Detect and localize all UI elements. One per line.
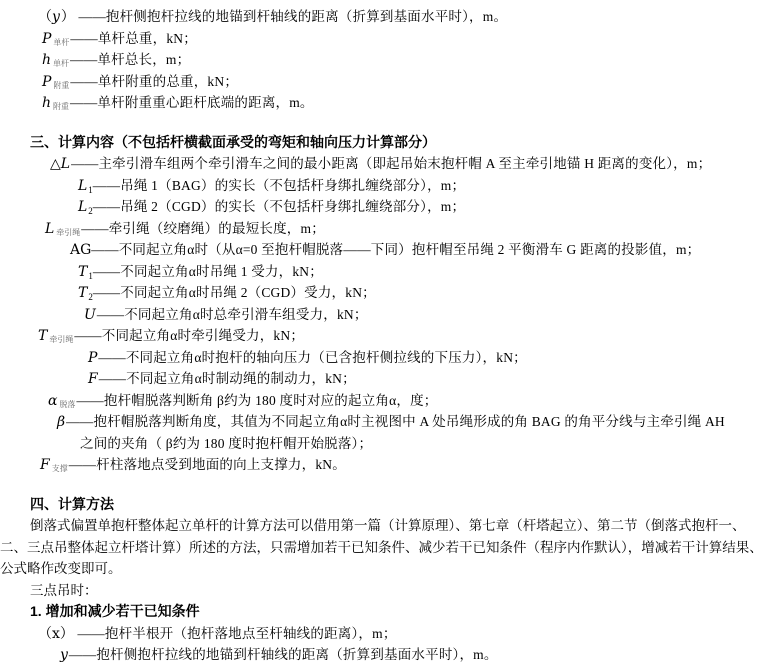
symbol-post: ）: [61, 9, 75, 25]
symbol-var: L: [45, 221, 55, 237]
symbol-description: ——抱杆帽脱落判断角 β约为 180 度时对应的起立角α，度；: [76, 393, 437, 408]
symbol-subscript: 支撑: [51, 464, 69, 473]
section-heading-3: 三、计算内容（不包括杆横截面承受的弯矩和轴向压力计算部分）: [0, 132, 782, 154]
symbol-var: L: [78, 178, 88, 194]
symbol-description: ——主牵引滑车组两个牵引滑车之间的最小距离（即起吊始末抱杆帽 A 至主牵引地锚 …: [71, 156, 711, 171]
symbol-var: L: [78, 199, 88, 215]
symbol-description: ——抱杆侧抱杆拉线的地锚到杆轴线的距离（折算到基面水平时），m。: [69, 647, 498, 662]
symbol-var: P: [88, 350, 98, 366]
symbol-description: ——单杆总重，kN；: [70, 31, 197, 46]
symbol-subscript: 附重: [52, 81, 70, 90]
symbol-pre: （: [38, 9, 52, 25]
symbol-description: ——单杆附重的总重，kN；: [70, 74, 238, 89]
symbol-description: ——吊绳 1（BAG）的实长（不包括杆身绑扎缠绕部分），m；: [93, 178, 465, 193]
symbol-definition-line: AG——不同起立角α时（从α=0 至抱杆帽脱落——下同）抱杆帽至吊绳 2 平衡滑…: [0, 239, 782, 261]
paragraph-line: 倒落式偏置单抱杆整体起立单杆的计算方法可以借用第一篇（计算原理）、第七章（杆塔起…: [0, 515, 782, 537]
symbol-var: h: [42, 52, 52, 68]
symbol-description: ——不同起立角α时牵引绳受力，kN；: [74, 328, 304, 343]
symbol-subscript: 单杆: [52, 59, 70, 68]
symbol-description: ——抱杆半根开（抱杆落地点至杆轴线的距离），m；: [74, 626, 397, 641]
symbol-var: y: [60, 647, 69, 663]
symbol-definition-line: h单杆——单杆总长，m；: [0, 49, 782, 71]
document-page: （y） ——抱杆侧抱杆拉线的地锚到杆轴线的距离（折算到基面水平时），m。 P单杆…: [0, 0, 782, 665]
symbol-description: 之间的夹角（ β约为 180 度时抱杆帽开始脱落）；: [80, 436, 372, 451]
symbol-definition-line: T1——不同起立角α时吊绳 1 受力，kN；: [0, 261, 782, 283]
symbol-description: ——单杆总长，m；: [70, 52, 190, 67]
symbol-definition-line: P——不同起立角α时抱杆的轴向压力（已含抱杆侧拉线的下压力），kN；: [0, 347, 782, 369]
symbol-description: ——杆柱落地点受到地面的向上支撑力，kN。: [69, 457, 346, 472]
symbol-definition-line: β——抱杆帽脱落判断角度，其值为不同起立角α时主视图中 A 处吊绳形成的角 BA…: [0, 411, 782, 433]
symbol-subscript: 单杆: [52, 38, 70, 47]
symbol-var: h: [42, 95, 52, 111]
symbol-var: α: [48, 393, 58, 409]
symbol-var: P: [42, 31, 52, 47]
symbol-var: F: [40, 457, 51, 473]
symbol-var: AG: [70, 242, 91, 258]
symbol-description: ——抱杆侧抱杆拉线的地锚到杆轴线的距离（折算到基面水平时），m。: [75, 9, 507, 24]
symbol-var: T: [78, 264, 88, 280]
subsection-heading-1: 1. 增加和减少若干已知条件: [0, 601, 782, 623]
symbol-definition-line: （x） ——抱杆半根开（抱杆落地点至杆轴线的距离），m；: [0, 623, 782, 645]
symbol-description: ——不同起立角α时（从α=0 至抱杆帽脱落——下同）抱杆帽至吊绳 2 平衡滑车 …: [91, 242, 700, 257]
symbol-definition-line: L2——吊绳 2（CGD）的实长（不包括杆身绑扎缠绕部分），m；: [0, 196, 782, 218]
symbol-description: ——单杆附重重心距杆底端的距离，m。: [70, 95, 314, 110]
symbol-var: P: [42, 74, 52, 90]
symbol-description: ——不同起立角α时抱杆的轴向压力（已含抱杆侧拉线的下压力），kN；: [98, 350, 526, 365]
section-heading-4: 四、计算方法: [0, 494, 782, 516]
symbol-definition-line: L1——吊绳 1（BAG）的实长（不包括杆身绑扎缠绕部分），m；: [0, 175, 782, 197]
symbol-var: F: [88, 371, 99, 387]
symbol-var: U: [84, 307, 97, 323]
symbol-definition-line: α脱落——抱杆帽脱落判断角 β约为 180 度时对应的起立角α，度；: [0, 390, 782, 412]
symbol-var: T: [78, 285, 88, 301]
symbol-definition-line: T牵引绳——不同起立角α时牵引绳受力，kN；: [0, 325, 782, 347]
symbol-var: T: [38, 328, 48, 344]
symbol-description: ——不同起立角α时制动绳的制动力，kN；: [99, 371, 356, 386]
symbol-subscript: 牵引绳: [55, 228, 81, 237]
symbol-definition-line: F支撑——杆柱落地点受到地面的向上支撑力，kN。: [0, 454, 782, 476]
symbol-description: ——牵引绳（绞磨绳）的最短长度，m；: [81, 221, 325, 236]
paragraph-line: 三点吊时：: [0, 580, 782, 602]
symbol-post: ）: [60, 626, 74, 642]
symbol-definition-line: （y） ——抱杆侧抱杆拉线的地锚到杆轴线的距离（折算到基面水平时），m。: [0, 6, 782, 28]
symbol-definition-line: h附重——单杆附重重心距杆底端的距离，m。: [0, 92, 782, 114]
symbol-var: β: [57, 414, 66, 430]
symbol-description: ——不同起立角α时吊绳 2（CGD）受力，kN；: [93, 285, 376, 300]
delta-symbol: △: [50, 156, 61, 172]
symbol-subscript: 脱落: [58, 400, 76, 409]
symbol-definition-line: L牵引绳——牵引绳（绞磨绳）的最短长度，m；: [0, 218, 782, 240]
symbol-definition-line: y——抱杆侧抱杆拉线的地锚到杆轴线的距离（折算到基面水平时），m。: [0, 644, 782, 665]
paragraph-line: 公式略作改变即可。: [0, 558, 782, 580]
paragraph-line: 二、三点吊整体起立杆塔计算）所述的方法，只需增加若干已知条件、减少若干已知条件（…: [0, 537, 782, 559]
symbol-definition-line: △L——主牵引滑车组两个牵引滑车之间的最小距离（即起吊始末抱杆帽 A 至主牵引地…: [0, 153, 782, 175]
symbol-definition-line: P附重——单杆附重的总重，kN；: [0, 71, 782, 93]
symbol-var: L: [61, 156, 71, 172]
symbol-subscript: 牵引绳: [48, 335, 74, 344]
symbol-var: x: [52, 626, 60, 642]
symbol-definition-line: U——不同起立角α时总牵引滑车组受力，kN；: [0, 304, 782, 326]
symbol-description: ——抱杆帽脱落判断角度，其值为不同起立角α时主视图中 A 处吊绳形成的角 BAG…: [66, 414, 725, 429]
symbol-description: ——吊绳 2（CGD）的实长（不包括杆身绑扎缠绕部分），m；: [93, 199, 465, 214]
symbol-definition-line: F——不同起立角α时制动绳的制动力，kN；: [0, 368, 782, 390]
symbol-pre: （: [38, 626, 52, 642]
symbol-subscript: 附重: [52, 102, 70, 111]
symbol-definition-line: P单杆——单杆总重，kN；: [0, 28, 782, 50]
symbol-var: y: [52, 9, 61, 25]
symbol-definition-line: T2——不同起立角α时吊绳 2（CGD）受力，kN；: [0, 282, 782, 304]
symbol-description: ——不同起立角α时吊绳 1 受力，kN；: [93, 264, 323, 279]
symbol-definition-continuation: 之间的夹角（ β约为 180 度时抱杆帽开始脱落）；: [0, 433, 782, 455]
symbol-description: ——不同起立角α时总牵引滑车组受力，kN；: [97, 307, 368, 322]
